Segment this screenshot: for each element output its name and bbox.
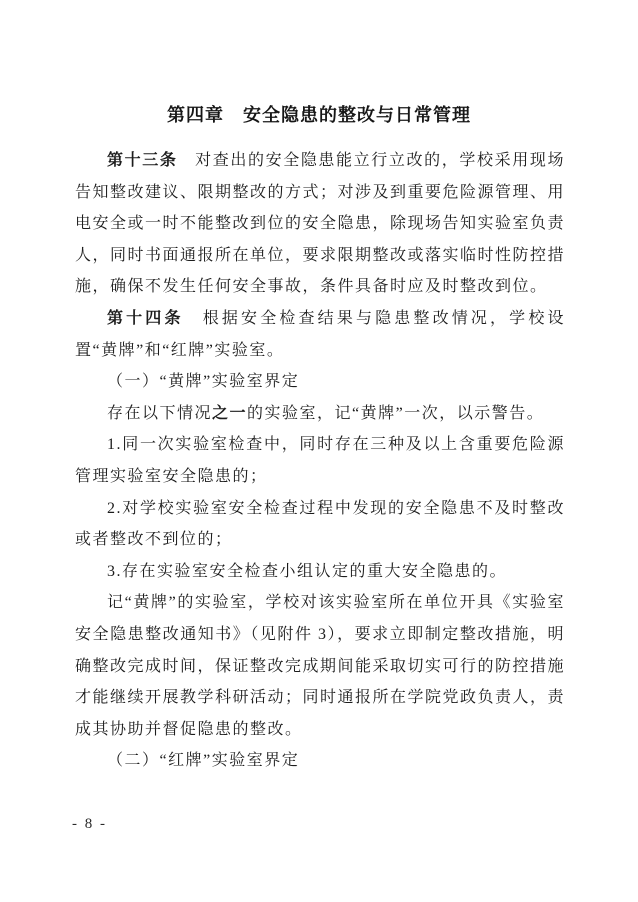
paragraph: （一）“黄牌”实验室界定 <box>75 366 565 398</box>
chapter-title: 第四章 安全隐患的整改与日常管理 <box>0 0 638 129</box>
paragraph: 3.存在实验室安全检查小组认定的重大安全隐患的。 <box>75 556 565 588</box>
page-number: - 8 - <box>72 816 107 833</box>
text-run: 存在以下情况 <box>107 405 212 422</box>
paragraph: 记“黄牌”的实验室，学校对该实验室所在单位开具《实验室安全隐患整改通知书》（见附… <box>75 587 565 745</box>
document-page: 第四章 安全隐患的整改与日常管理 第十三条 对查出的安全隐患能立行立改的，学校采… <box>0 0 638 902</box>
text-run: 1.同一次实验室检查中，同时存在三种及以上含重要危险源管理实验室安全隐患的； <box>75 436 565 485</box>
document-body: 第十三条 对查出的安全隐患能立行立改的，学校采用现场告知整改建议、限期整改的方式… <box>75 145 565 777</box>
paragraph: （二）“红牌”实验室界定 <box>75 745 565 777</box>
text-run: 3.存在实验室安全检查小组认定的重大安全隐患的。 <box>107 563 507 580</box>
text-run: 记“黄牌”的实验室，学校对该实验室所在单位开具《实验室安全隐患整改通知书》（见附… <box>75 594 565 737</box>
text-run: （二）“红牌”实验室界定 <box>107 752 299 769</box>
paragraph: 第十三条 对查出的安全隐患能立行立改的，学校采用现场告知整改建议、限期整改的方式… <box>75 145 565 303</box>
text-run: 对查出的安全隐患能立行立改的，学校采用现场告知整改建议、限期整改的方式；对涉及到… <box>75 152 565 295</box>
text-run: 2.对学校实验室安全检查过程中发现的安全隐患不及时整改或者整改不到位的； <box>75 500 565 549</box>
text-run: （一）“黄牌”实验室界定 <box>107 373 299 390</box>
bold-text-run: 第十四条 <box>107 310 184 327</box>
paragraph: 第十四条 根据安全检查结果与隐患整改情况，学校设置“黄牌”和“红牌”实验室。 <box>75 303 565 366</box>
paragraph: 1.同一次实验室检查中，同时存在三种及以上含重要危险源管理实验室安全隐患的； <box>75 429 565 492</box>
paragraph: 存在以下情况之一的实验室，记“黄牌”一次，以示警告。 <box>75 398 565 430</box>
text-run: 的实验室，记“黄牌”一次，以示警告。 <box>247 405 544 422</box>
bold-text-run: 第十三条 <box>107 152 177 169</box>
bold-text-run: 之一 <box>212 405 247 422</box>
paragraph: 2.对学校实验室安全检查过程中发现的安全隐患不及时整改或者整改不到位的； <box>75 493 565 556</box>
